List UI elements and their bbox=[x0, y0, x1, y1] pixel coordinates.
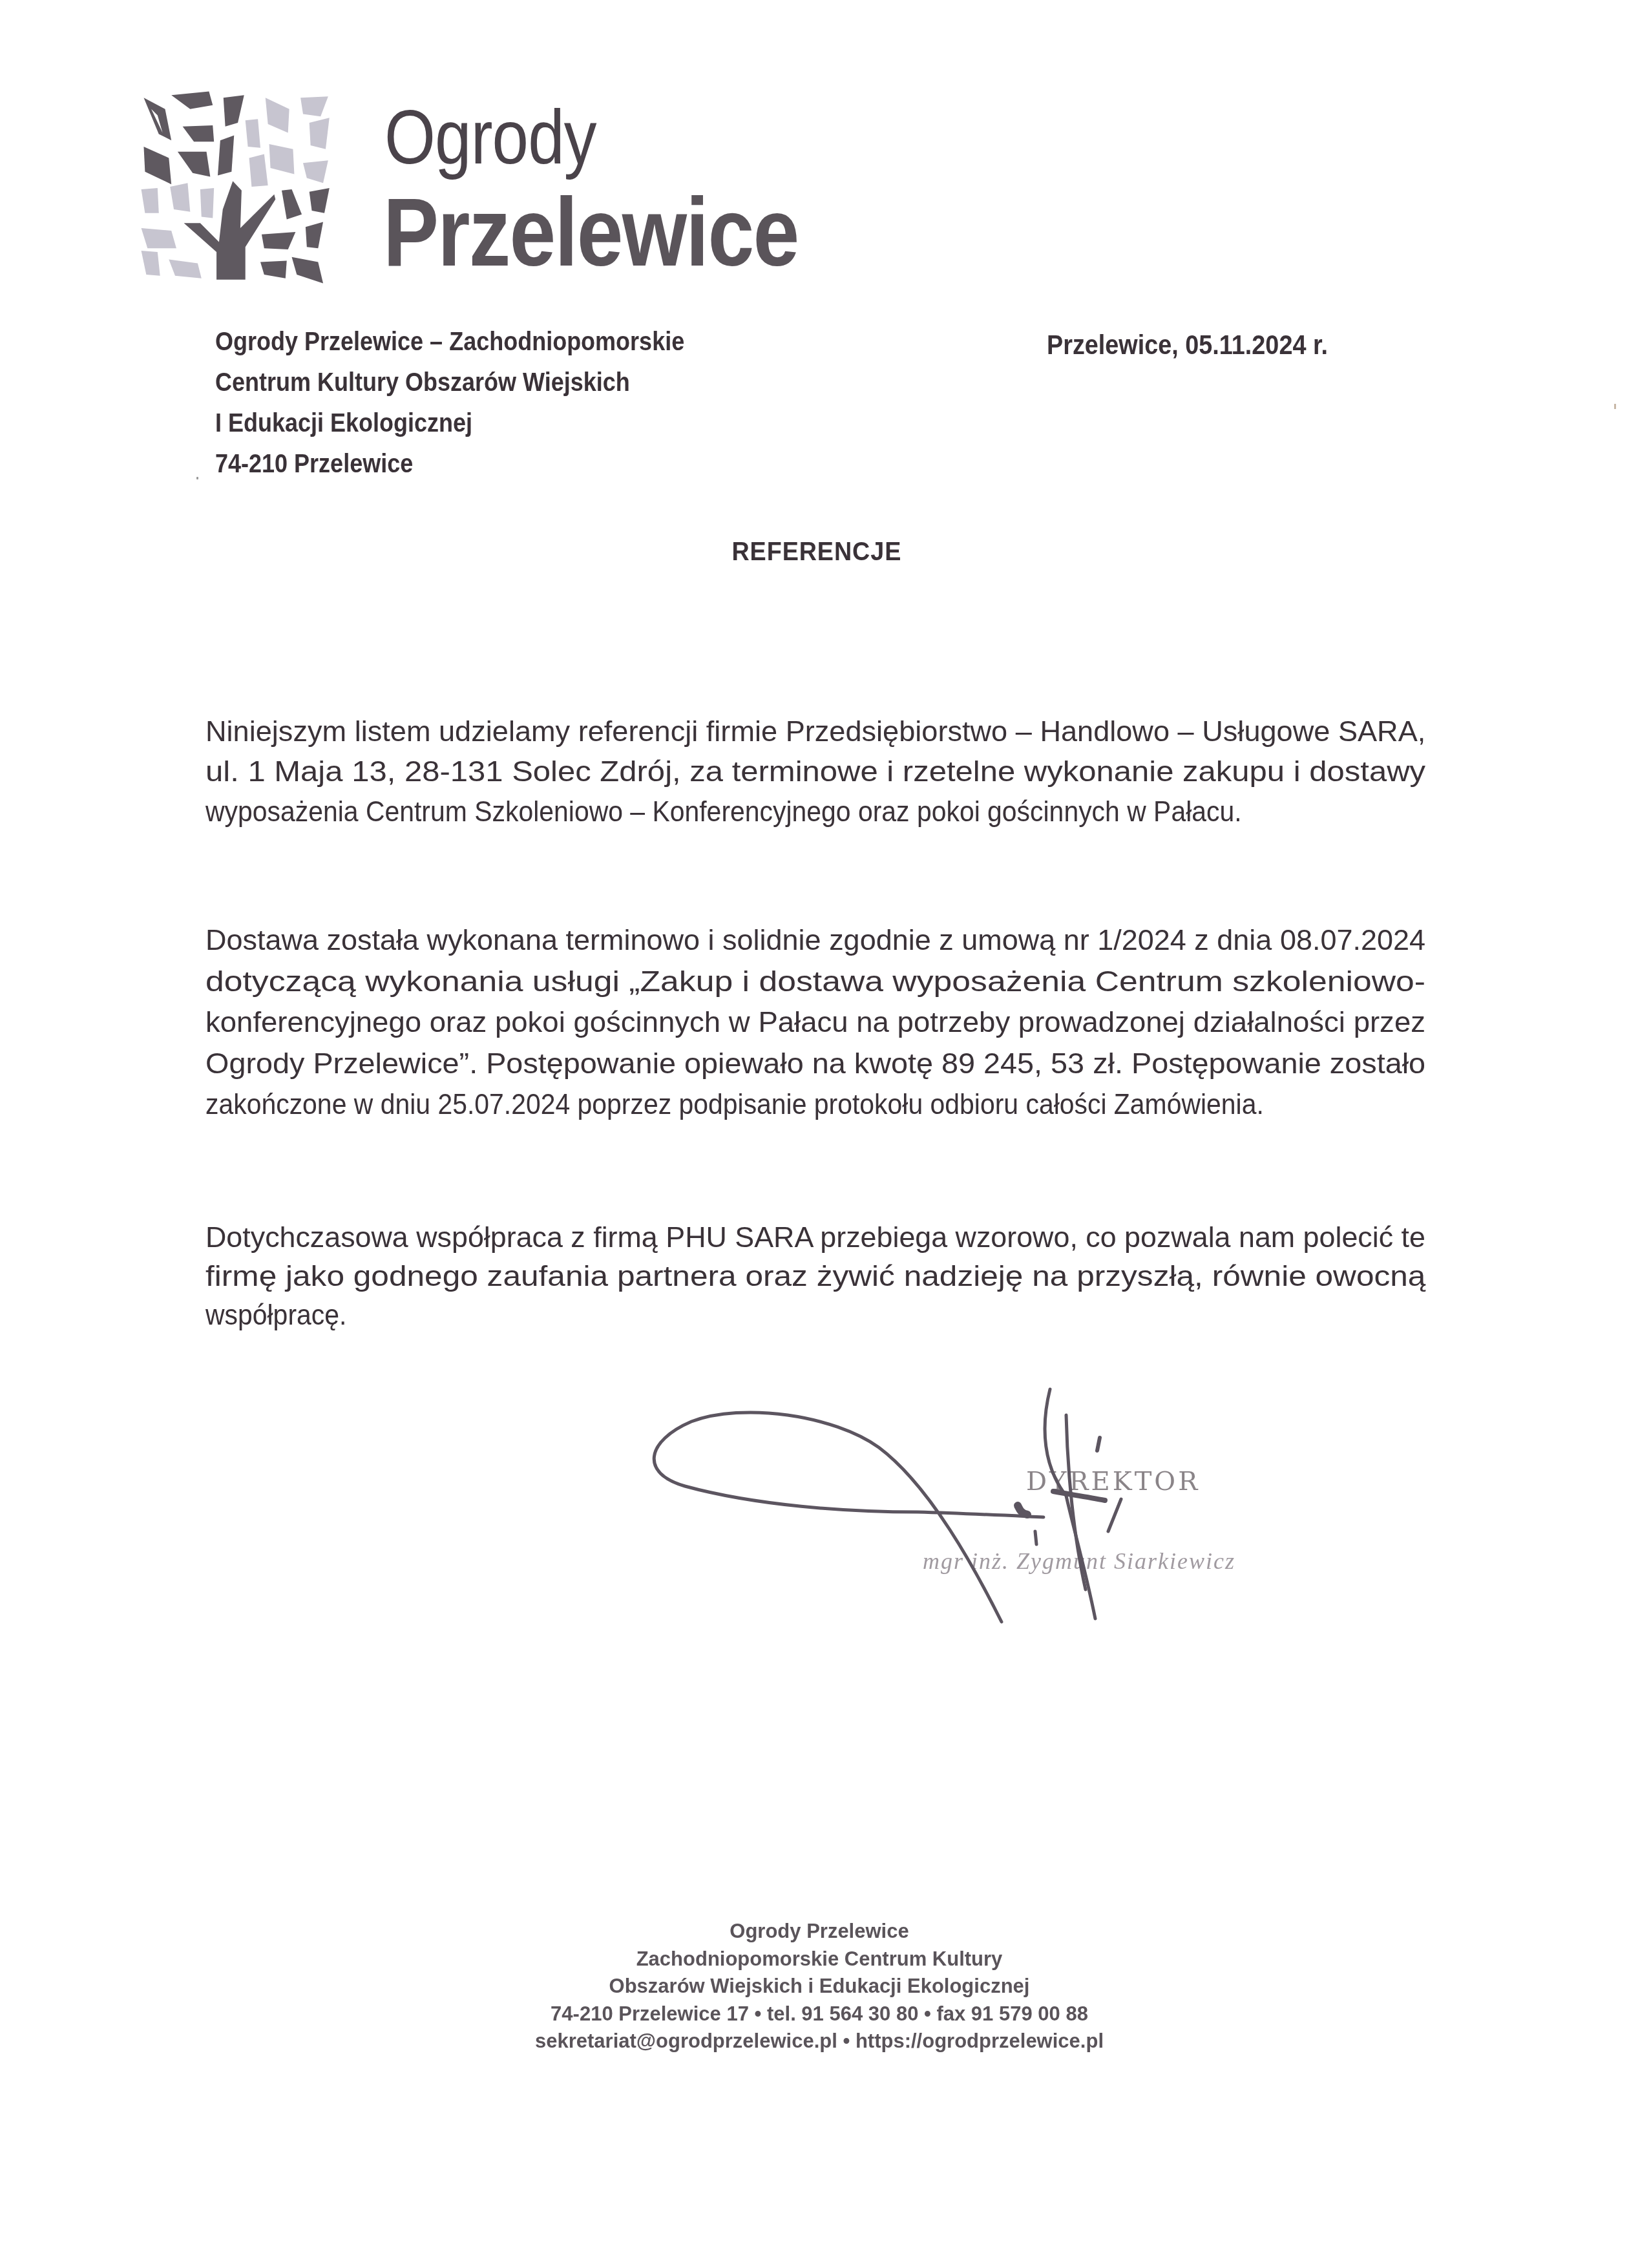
scan-artifact bbox=[196, 477, 198, 479]
scan-artifact bbox=[1614, 404, 1616, 409]
document-title-text: REFERENCJE bbox=[732, 536, 902, 567]
footer-line: Zachodniopomorskie Centrum Kultury bbox=[0, 1946, 1644, 1973]
document-title: REFERENCJE bbox=[0, 536, 1649, 567]
text-line: Dostawa została wykonana terminowo i sol… bbox=[205, 920, 1425, 961]
text-line: ul. 1 Maja 13, 28-131 Solec Zdrój, za te… bbox=[205, 752, 1425, 792]
letterhead-footer: Ogrody Przelewice Zachodniopomorskie Cen… bbox=[0, 1918, 1649, 2055]
sender-line: 74-210 Przelewice bbox=[215, 444, 684, 485]
logo-text-przelewice: Przelewice bbox=[383, 176, 799, 288]
body-paragraph-2: Dostawa została wykonana terminowo i sol… bbox=[205, 920, 1425, 1126]
text-line: konferencyjnego oraz pokoi gościnnych w … bbox=[205, 1002, 1425, 1044]
sender-line: Centrum Kultury Obszarów Wiejskich bbox=[215, 362, 684, 403]
text-line: Ogrody Przelewice”. Postępowanie opiewał… bbox=[205, 1044, 1425, 1085]
text-line: Niniejszym listem udzielamy referencji f… bbox=[205, 712, 1425, 752]
footer-line: Obszarów Wiejskich i Edukacji Ekologiczn… bbox=[0, 1973, 1644, 2000]
text-line: dotyczącą wykonania usługi „Zakup i dost… bbox=[205, 961, 1425, 1003]
sender-line: Ogrody Przelewice – Zachodniopomorskie bbox=[215, 322, 684, 362]
text-line: firmę jako godnego zaufania partnera ora… bbox=[205, 1257, 1425, 1296]
logo-text-ogrody: Ogrody bbox=[384, 94, 596, 182]
footer-contact: 74-210 Przelewice 17 • tel. 91 564 30 80… bbox=[0, 2000, 1644, 2028]
text-line: wyposażenia Centrum Szkoleniowo – Konfer… bbox=[205, 792, 1241, 832]
body-paragraph-3: Dotychczasowa współpraca z firmą PHU SAR… bbox=[205, 1219, 1425, 1335]
text-line: współpracę. bbox=[205, 1296, 347, 1335]
signature-block: DYREKTOR mgr inż. Zygmunt Siarkiewicz bbox=[640, 1376, 1312, 1635]
tree-leaves-icon bbox=[132, 81, 346, 294]
organization-logo: Ogrody Przelewice bbox=[132, 81, 856, 294]
place-and-date: Przelewice, 05.11.2024 r. bbox=[1047, 330, 1328, 361]
sender-address: Ogrody Przelewice – Zachodniopomorskie C… bbox=[215, 322, 737, 485]
text-line: Dotychczasowa współpraca z firmą PHU SAR… bbox=[205, 1219, 1425, 1257]
sender-line: I Edukacji Ekologicznej bbox=[215, 403, 684, 444]
footer-org-name: Ogrody Przelewice bbox=[0, 1918, 1644, 1946]
handwritten-signature-icon bbox=[640, 1376, 1312, 1635]
footer-email-web: sekretariat@ogrodprzelewice.pl • https:/… bbox=[0, 2028, 1644, 2055]
body-paragraph-1: Niniejszym listem udzielamy referencji f… bbox=[205, 712, 1425, 832]
text-line: zakończone w dniu 25.07.2024 poprzez pod… bbox=[205, 1084, 1264, 1126]
